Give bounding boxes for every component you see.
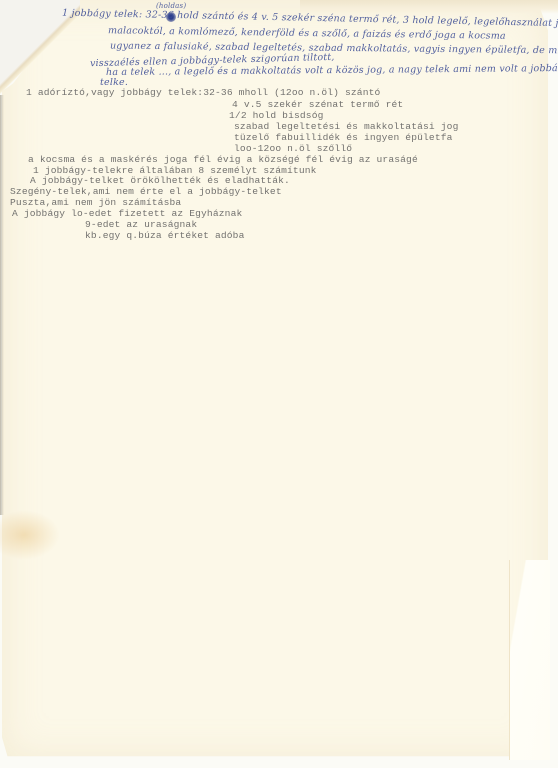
- typed-line-2: 4 v.5 szekér szénat termő rét: [232, 100, 403, 110]
- typed-line-5: tüzelő fabuillidék és ingyen épületfa: [234, 133, 453, 143]
- typed-line-6: loo-12oo n.öl szőllő: [234, 144, 352, 154]
- typed-line-4: szabad legeltetési és makkoltatási jog: [234, 122, 458, 132]
- typed-line-11: Puszta,ami nem jön számításba: [10, 198, 181, 208]
- torn-top-edge: [300, 0, 558, 14]
- typed-line-1: 1 adóríztó,vagy jobbágy telek:32-36 mhol…: [26, 88, 380, 98]
- scanned-document-page: (holdas) 1 jobbágy telek: 32-36 hold szá…: [0, 0, 558, 768]
- folded-edge-bottom-right: [509, 560, 550, 760]
- left-edge-shadow: [0, 95, 4, 515]
- paper-stain: [0, 510, 60, 560]
- typed-line-13: 9-edet az uraságnak: [85, 220, 197, 230]
- typed-line-7: a kocsma és a maskérés joga fél évig a k…: [28, 155, 418, 165]
- typed-line-10: Szegény-telek,ami nem érte el a jobbágy-…: [10, 187, 282, 197]
- typed-line-14: kb.egy q.búza értéket adóba: [85, 231, 245, 241]
- typed-line-9: A jobbágy-telket örökölhették és eladhat…: [30, 176, 290, 186]
- typed-line-3: 1/2 hold bisdsóg: [229, 111, 324, 121]
- typed-line-12: A jobbágy lo-edet fizetett az Egyháznak: [12, 209, 242, 219]
